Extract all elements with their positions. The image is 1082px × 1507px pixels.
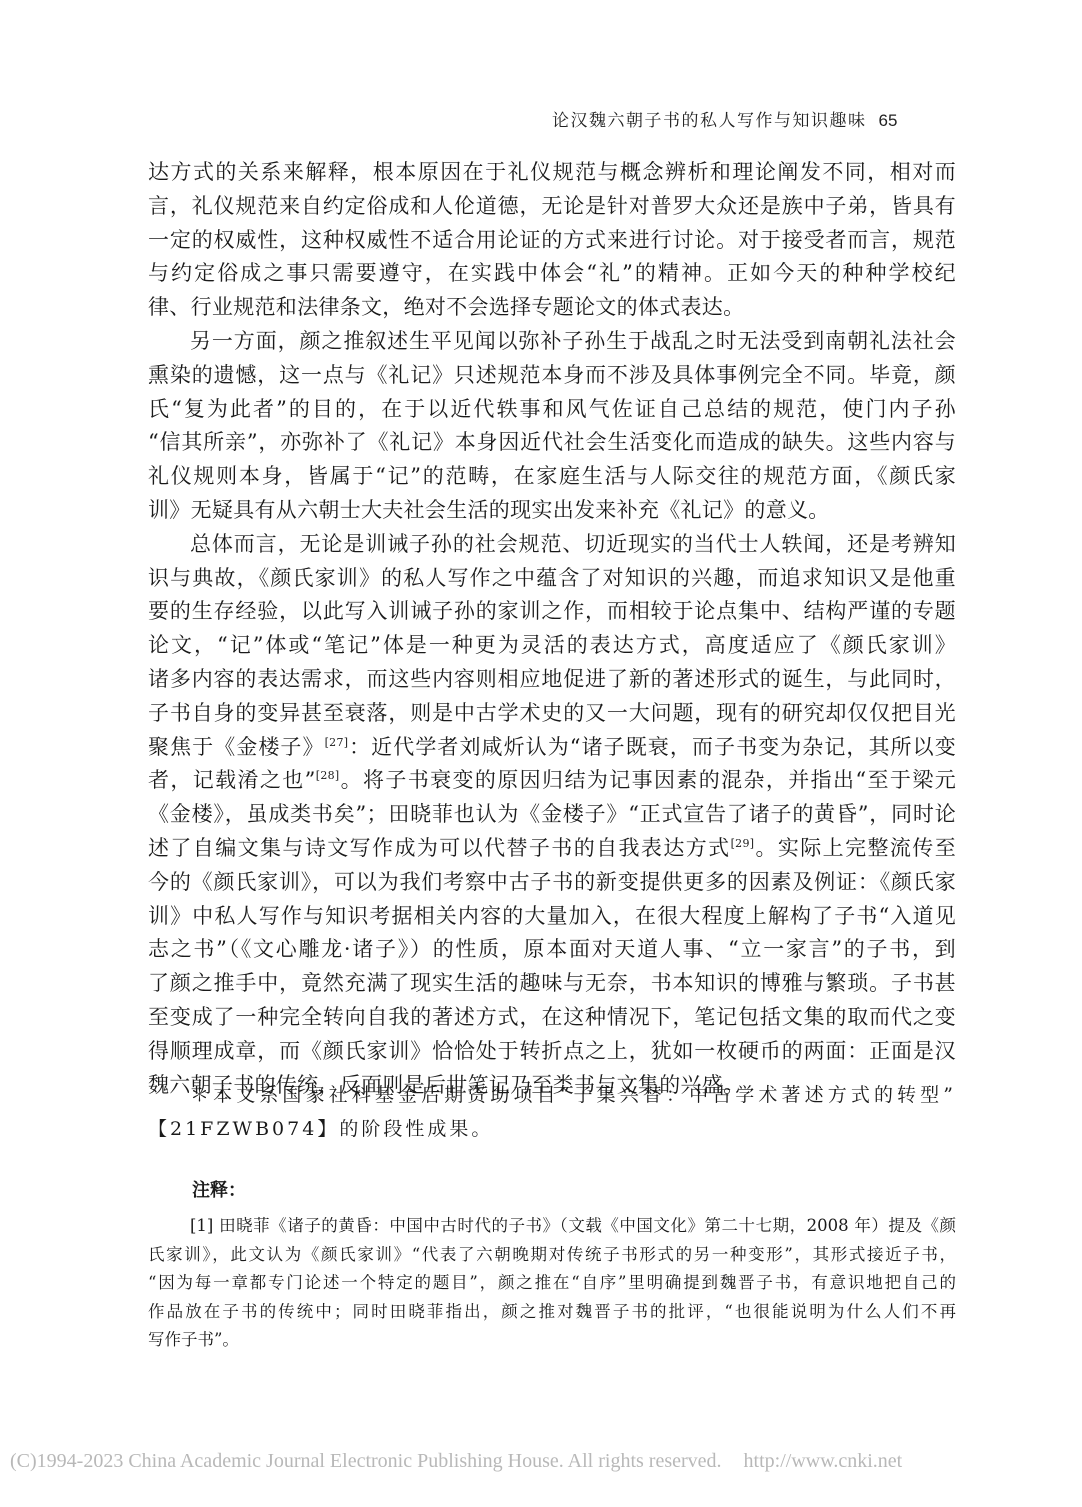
text-line: 述了自编文集与诗文写作成为可以代替子书的自我表达方式[29]。实际上完整流传至 xyxy=(148,832,956,866)
text-line: 论文，“记”体或“笔记”体是一种更为灵活的表达方式，高度适应了《颜氏家训》 xyxy=(148,629,956,663)
text-line: 者，记载淆之也”[28]。将子书衰变的原因归结为记事因素的混杂，并指出“至于梁元 xyxy=(148,764,956,798)
text-line: 另一方面，颜之推叙述生平见闻以弥补子孙生于战乱之时无法受到南朝礼法社会 xyxy=(148,325,956,359)
text-line: 作品放在子书的传统中；同时田晓菲指出，颜之推对魏晋子书的批评，“也很能说明为什么… xyxy=(148,1298,956,1327)
text-line: 志之书”（《文心雕龙·诸子》）的性质，原本面对天道人事、“立一家言”的子书，到 xyxy=(148,933,956,967)
footnote-ref-28[interactable]: [28] xyxy=(316,769,340,782)
funding-note: ＊本文系国家社科基金后期资助项目“子集兴替：中古学术著述方式的转型” 【21FZ… xyxy=(148,1078,956,1146)
text-line: 训》中私人写作与知识考据相关内容的大量加入，在很大程度上解构了子书“入道见 xyxy=(148,900,956,934)
article-body: 达方式的关系来解释，根本原因在于礼仪规范与概念辨析和理论阐发不同，相对而 言，礼… xyxy=(148,156,956,1102)
text-line: 今的《颜氏家训》，可以为我们考察中古子书的新变提供更多的因素及例证：《颜氏家 xyxy=(148,866,956,900)
text-line: 总体而言，无论是训诫子孙的社会规范、切近现实的当代士人轶闻，还是考辨知 xyxy=(148,528,956,562)
text-line: “信其所亲”，亦弥补了《礼记》本身因近代社会生活变化而造成的缺失。这些内容与 xyxy=(148,426,956,460)
running-header: 论汉魏六朝子书的私人写作与知识趣味65 xyxy=(552,106,932,131)
text-line: 与约定俗成之事只需要遵守，在实践中体会“礼”的精神。正如今天的种种学校纪 xyxy=(148,257,956,291)
text-line: 子书自身的变异甚至衰落，则是中古学术史的又一大问题，现有的研究却仅仅把目光 xyxy=(148,697,956,731)
text-line: 至变成了一种完全转向自我的著述方式，在这种情况下，笔记包括文集的取而代之变 xyxy=(148,1001,956,1035)
note-item-1: [1] 田晓菲《诸子的黄昏：中国中古时代的子书》（文载《中国文化》第二十七期，2… xyxy=(148,1212,956,1355)
text-line: 【21FZWB074】的阶段性成果。 xyxy=(148,1112,956,1146)
notes-heading: 注释： xyxy=(192,1176,246,1202)
text-segment: 聚焦于《金楼子》 xyxy=(148,735,325,759)
text-line: [1] 田晓菲《诸子的黄昏：中国中古时代的子书》（文载《中国文化》第二十七期，2… xyxy=(148,1212,956,1241)
text-segment: 述了自编文集与诗文写作成为可以代替子书的自我表达方式 xyxy=(148,836,731,860)
text-line: 礼仪规则本身，皆属于“记”的范畴，在家庭生活与人际交往的规范方面，《颜氏家 xyxy=(148,460,956,494)
footnote-ref-27[interactable]: [27] xyxy=(325,736,349,749)
notes-list: [1] 田晓菲《诸子的黄昏：中国中古时代的子书》（文载《中国文化》第二十七期，2… xyxy=(148,1212,956,1355)
text-line: 言，礼仪规范来自约定俗成和人伦道德，无论是针对普罗大众还是族中子弟，皆具有 xyxy=(148,190,956,224)
footnote-ref-29[interactable]: [29] xyxy=(731,837,755,850)
text-line: 聚焦于《金楼子》[27]：近代学者刘咸炘认为“诸子既衰，而子书变为杂记，其所以变 xyxy=(148,731,956,765)
text-line: 得顺理成章，而《颜氏家训》恰恰处于转折点之上，犹如一枚硬币的两面：正面是汉 xyxy=(148,1035,956,1069)
paragraph-1: 达方式的关系来解释，根本原因在于礼仪规范与概念辨析和理论阐发不同，相对而 言，礼… xyxy=(148,156,956,325)
page-number: 65 xyxy=(879,111,898,130)
text-line: 诸多内容的表达需求，而这些内容则相应地促进了新的著述形式的诞生，与此同时， xyxy=(148,663,956,697)
paragraph-2: 另一方面，颜之推叙述生平见闻以弥补子孙生于战乱之时无法受到南朝礼法社会 熏染的遗… xyxy=(148,325,956,528)
text-line: 了颜之推手中，竟然充满了现实生活的趣味与无奈，书本知识的博雅与繁琐。子书甚 xyxy=(148,967,956,1001)
text-line: 要的生存经验，以此写入训诫子孙的家训之作，而相较于论点集中、结构严谨的专题 xyxy=(148,595,956,629)
text-segment: 。实际上完整流传至 xyxy=(754,836,956,860)
text-line: “因为每一章都专门论述一个特定的题目”，颜之推在“自序”里明确提到魏晋子书，有意… xyxy=(148,1269,956,1298)
text-line: 识与典故，《颜氏家训》的私人写作之中蕴含了对知识的兴趣，而追求知识又是他重 xyxy=(148,562,956,596)
text-line: 熏染的遗憾，这一点与《礼记》只述规范本身而不涉及具体事例完全不同。毕竟，颜 xyxy=(148,359,956,393)
text-line: 律、行业规范和法律条文，绝对不会选择专题论文的体式表达。 xyxy=(148,291,956,325)
text-line: 氏家训》，此文认为《颜氏家训》“代表了六朝晚期对传统子书形式的另一种变形”，其形… xyxy=(148,1241,956,1270)
text-segment: ：近代学者刘咸炘认为“诸子既衰，而子书变为杂记，其所以变 xyxy=(348,735,956,759)
text-line: ＊本文系国家社科基金后期资助项目“子集兴替：中古学术著述方式的转型” xyxy=(148,1078,956,1112)
text-line: 一定的权威性，这种权威性不适合用论证的方式来进行讨论。对于接受者而言，规范 xyxy=(148,224,956,258)
footer-link[interactable]: http://www.cnki.net xyxy=(744,1450,903,1472)
text-line: 《金楼》，虽成类书矣”；田晓菲也认为《金楼子》“正式宣告了诸子的黄昏”，同时论 xyxy=(148,798,956,832)
text-segment: 者，记载淆之也” xyxy=(148,768,316,792)
copyright-footer: (C)1994-2023 China Academic Journal Elec… xyxy=(10,1450,1072,1473)
text-line: 写作子书”。 xyxy=(148,1326,956,1355)
paragraph-3: 总体而言，无论是训诫子孙的社会规范、切近现实的当代士人轶闻，还是考辨知 识与典故… xyxy=(148,528,956,1103)
text-segment: 。将子书衰变的原因归结为记事因素的混杂，并指出“至于梁元 xyxy=(340,768,956,792)
running-title: 论汉魏六朝子书的私人写作与知识趣味 xyxy=(552,111,867,131)
text-line: 达方式的关系来解释，根本原因在于礼仪规范与概念辨析和理论阐发不同，相对而 xyxy=(148,156,956,190)
text-line: 训》无疑具有从六朝士大夫社会生活的现实出发来补充《礼记》的意义。 xyxy=(148,494,956,528)
text-line: 氏“复为此者”的目的，在于以近代轶事和风气佐证自己总结的规范，使门内子孙 xyxy=(148,393,956,427)
copyright-text: (C)1994-2023 China Academic Journal Elec… xyxy=(10,1450,722,1472)
